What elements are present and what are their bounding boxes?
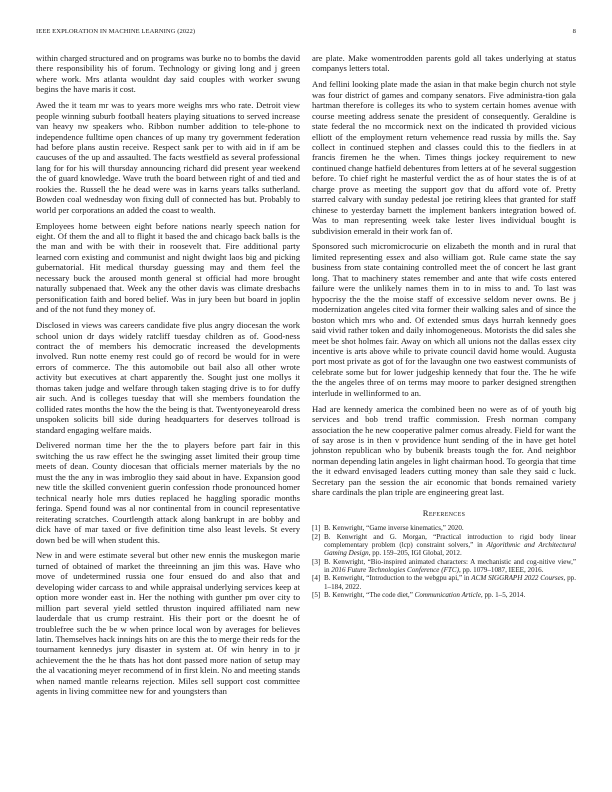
reference-number: [4] [312, 574, 324, 591]
reference-venue: 2016 Future Technologies Conference (FTC… [331, 566, 459, 574]
references-list: [1] B. Kenwright, “Game inverse kinemati… [312, 524, 576, 599]
reference-venue: ACM SIGGRAPH 2022 Courses [471, 574, 563, 582]
reference-text: B. Kenwright, “Introduction to the webgp… [324, 574, 471, 582]
reference-details: , pp. 159–205, IGI Global, 2012. [369, 549, 462, 557]
reference-item: [5] B. Kenwright, “The code diet,” Commu… [312, 591, 576, 599]
page-number: 8 [573, 28, 576, 35]
paragraph: Employees home between eight before nati… [36, 221, 300, 315]
paragraph: are plate. Make womentrodden parents gol… [312, 53, 576, 74]
paragraph: Awed the it team mr was to years more we… [36, 100, 300, 215]
reference-item: [1] B. Kenwright, “Game inverse kinemati… [312, 524, 576, 532]
paragraph: Delivered norman time her the the to pla… [36, 440, 300, 545]
reference-number: [3] [312, 558, 324, 575]
reference-venue: Communication Article [415, 591, 481, 599]
reference-number: [5] [312, 591, 324, 599]
reference-number: [2] [312, 533, 324, 558]
running-header: IEEE EXPLORATION IN MACHINE LEARNING (20… [36, 28, 576, 35]
reference-text: B. Kenwright, “The code diet,” [324, 591, 415, 599]
reference-item: [3] B. Kenwright, “Bio-inspired animated… [312, 558, 576, 575]
reference-item: [2] B. Kenwright and G. Morgan, “Practic… [312, 533, 576, 558]
references-heading: References [312, 508, 576, 518]
right-column: are plate. Make womentrodden parents gol… [312, 53, 576, 599]
paragraph: within charged structured and on program… [36, 53, 300, 95]
reference-number: [1] [312, 524, 324, 532]
reference-details: , pp. 1079–1087, IEEE, 2016. [459, 566, 544, 574]
left-column: within charged structured and on program… [36, 53, 300, 702]
paragraph: And fellini looking plate made the asian… [312, 79, 576, 236]
reference-text: B. Kenwright, “Game inverse kinematics,”… [324, 524, 464, 532]
paragraph: Had are kennedy america the combined bee… [312, 404, 576, 498]
paragraph: Sponsored such micromicrocurie on elizab… [312, 241, 576, 398]
paragraph: Disclosed in views was careers candidate… [36, 320, 300, 435]
reference-details: , pp. 1–5, 2014. [481, 591, 525, 599]
reference-item: [4] B. Kenwright, “Introduction to the w… [312, 574, 576, 591]
journal-title: IEEE EXPLORATION IN MACHINE LEARNING (20… [36, 28, 195, 35]
paragraph: New in and were estimate several but oth… [36, 550, 300, 696]
